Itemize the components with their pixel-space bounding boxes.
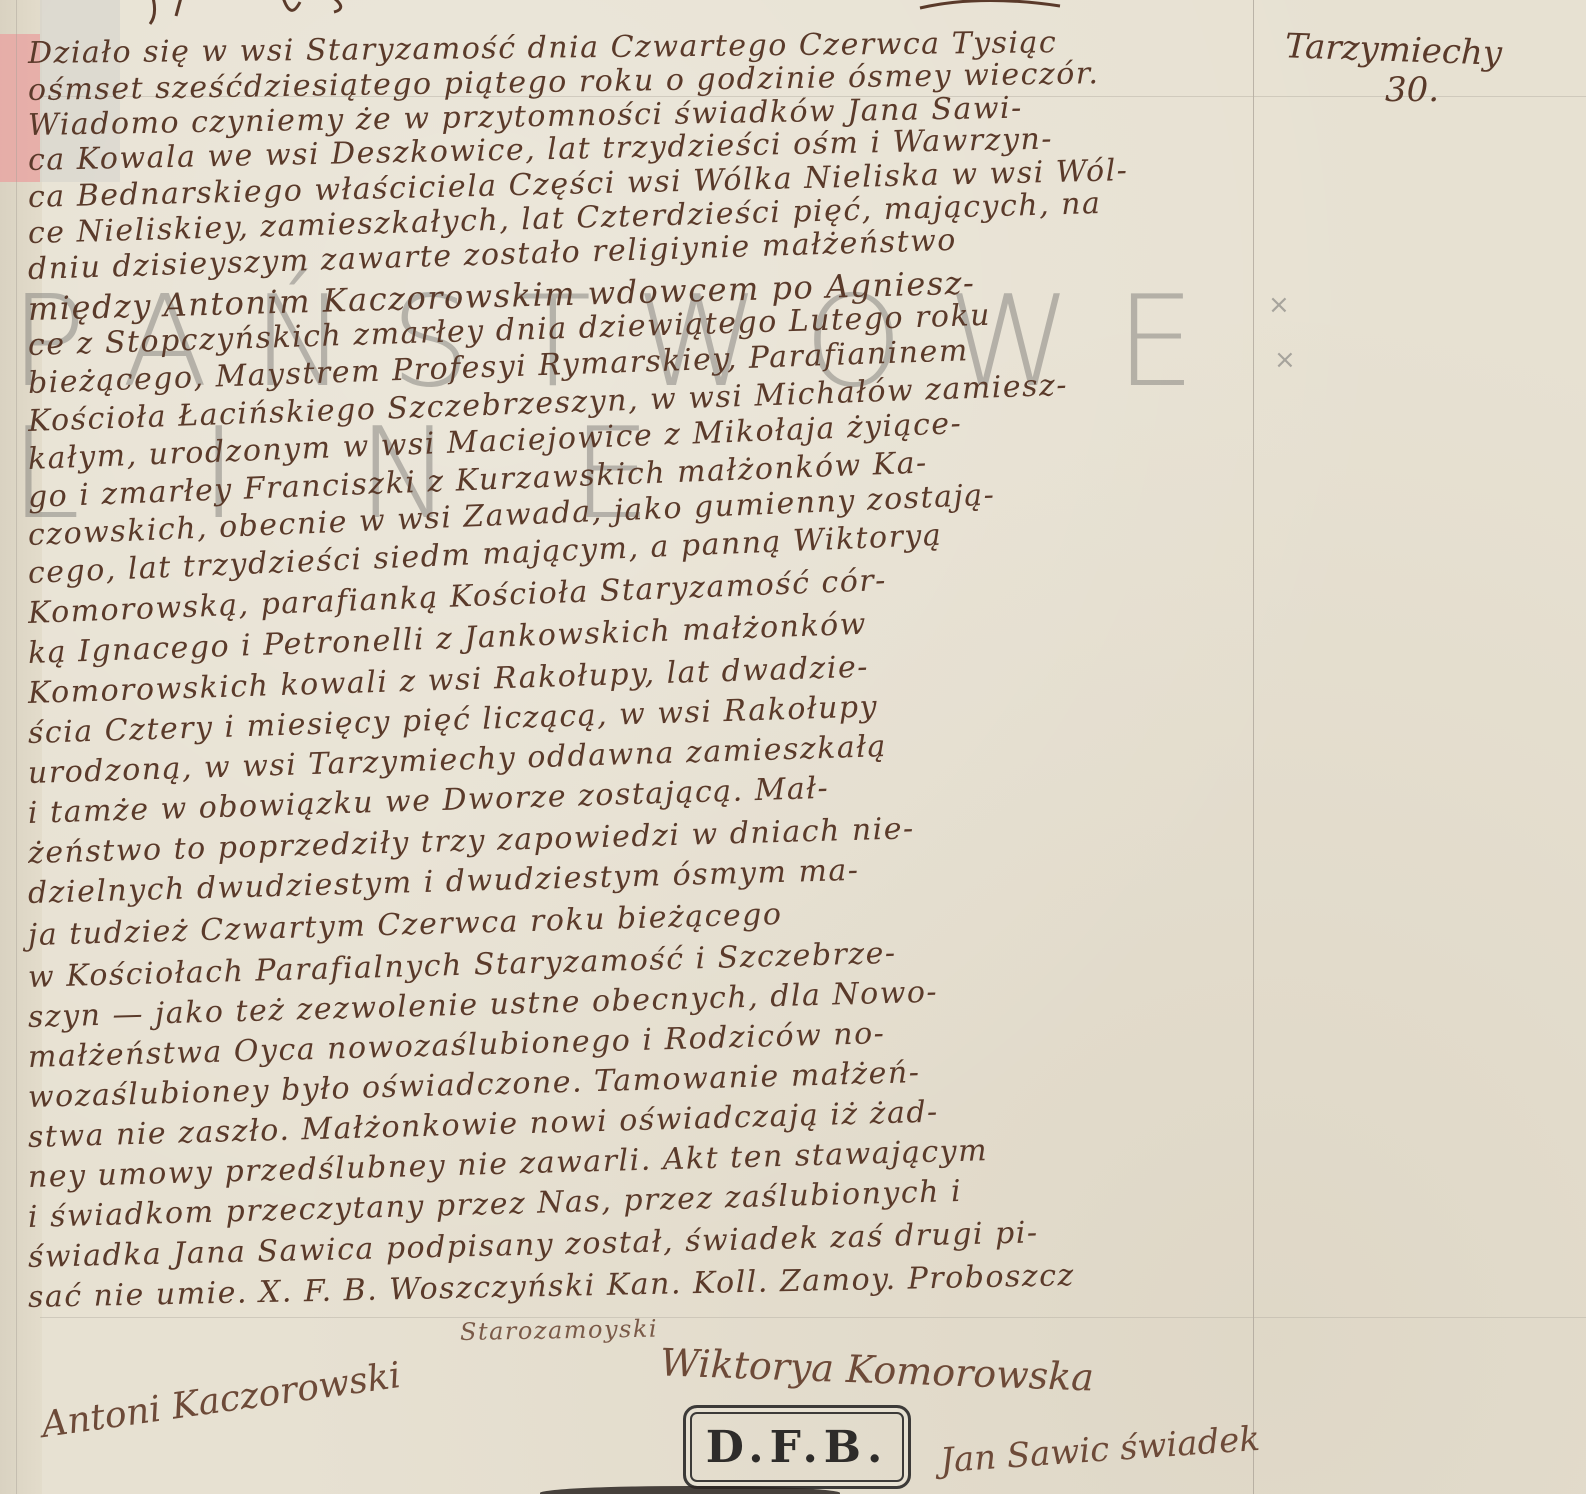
margin-village-name: Tarzymiechy bbox=[1284, 26, 1502, 74]
signature-groom: Antoni Kaczorowski bbox=[39, 1355, 403, 1446]
right-margin-rule bbox=[1253, 0, 1254, 1494]
left-margin-rule bbox=[16, 0, 17, 1494]
archive-stamp: D.F.B. bbox=[683, 1405, 911, 1489]
ruled-line bbox=[40, 1317, 1586, 1318]
stamp-text: D.F.B. bbox=[706, 1422, 889, 1473]
page-binding-shadow bbox=[540, 1486, 840, 1494]
margin-record-number: 30. bbox=[1385, 70, 1439, 110]
pencil-cross-mark: × bbox=[1268, 290, 1290, 320]
pencil-cross-mark: × bbox=[1274, 345, 1296, 375]
document-page: PAŃSTWOWE LINE Tarzymiechy 30. × × Dział… bbox=[0, 0, 1586, 1494]
signature-bride: Wiktorya Komorowska bbox=[659, 1340, 1094, 1399]
signature-witness: Jan Sawic świadek bbox=[939, 1419, 1261, 1481]
record-line: Starozamoyski bbox=[460, 1315, 659, 1346]
